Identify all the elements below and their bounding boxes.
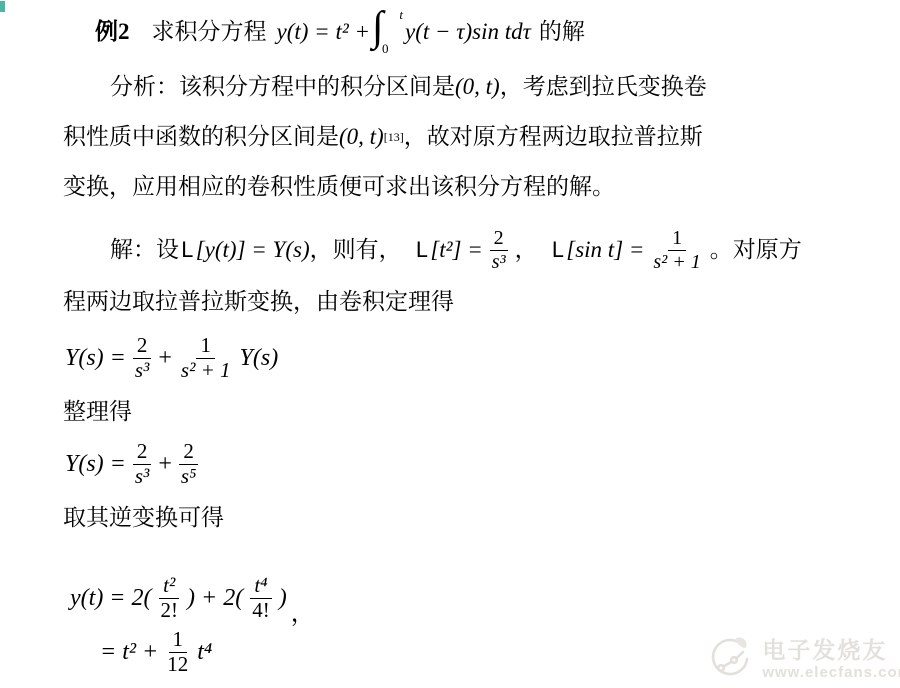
watermark: 电子发烧友 www.elecfans.com — [706, 634, 900, 684]
fraction-t2-transform: 2 s³ — [488, 227, 510, 273]
example-heading: 例2 求积分方程 y(t) = t² + ∫ t 0 y(t − τ)sin t… — [95, 8, 585, 56]
solution-line-2: 程两边取拉普拉斯变换，由卷积定理得 — [63, 287, 454, 317]
fraction-numerator: t⁴ — [250, 574, 271, 599]
eq1-fraction-1: 2 s³ — [131, 334, 153, 382]
fraction-numerator: 1 — [196, 334, 215, 359]
eq3b-tail: t⁴ — [197, 637, 212, 667]
analysis-line-1: 分析：该积分方程中的积分区间是 (0, t) ，考虑到拉氏变换卷 — [110, 72, 707, 102]
laplace-operator-3: L — [552, 235, 564, 265]
fraction-numerator: 2 — [133, 440, 152, 465]
solution-math-1: [y(t)] = Y(s) — [196, 235, 310, 265]
analysis-text-1a: 分析：该积分方程中的积分区间是 — [110, 72, 455, 102]
eq3b-lhs: = t² + — [100, 637, 158, 667]
equation-integrand: y(t − τ)sin tdτ — [405, 17, 531, 47]
eq2-fraction-2: 2 s⁵ — [177, 440, 200, 488]
eq3-close-paren: ) — [279, 583, 287, 613]
inverse-label: 取其逆变换可得 — [63, 503, 224, 533]
equation-lhs: y(t) = t² + — [277, 17, 371, 47]
arrange-text: 整理得 — [63, 397, 132, 427]
analysis-text-2b: ，故对原方程两边取拉普拉斯 — [404, 122, 703, 152]
integral-upper-limit: t — [399, 8, 403, 21]
arrange-label: 整理得 — [63, 397, 132, 427]
watermark-brand: 电子发烧友 — [762, 638, 900, 664]
fraction-denominator: 12 — [163, 653, 192, 677]
eq1-plus-operator: + — [158, 343, 172, 373]
example-lead-text: 求积分方程 — [152, 17, 267, 47]
eq2-fraction-1: 2 s³ — [131, 440, 153, 488]
fraction-numerator: 2 — [179, 440, 198, 465]
fraction-numerator: 1 — [668, 227, 686, 250]
fraction-numerator: 1 — [169, 628, 188, 653]
solution-sep-2: ， — [515, 235, 538, 265]
solution-text-2: 程两边取拉普拉斯变换，由卷积定理得 — [63, 287, 454, 317]
fraction-numerator: t² — [159, 574, 179, 599]
eq3-fraction-2: t⁴ 4! — [248, 574, 274, 622]
integral-icon: ∫ t 0 — [372, 8, 403, 56]
eq3-comma: ， — [291, 599, 315, 629]
solution-sep-1: ，则有， — [310, 235, 402, 265]
analysis-line-3: 变换，应用相应的卷积性质便可求出该积分方程的解。 — [63, 172, 615, 202]
laplace-operator-1: L — [181, 235, 193, 265]
analysis-text-3: 变换，应用相应的卷积性质便可求出该积分方程的解。 — [63, 172, 615, 202]
eq1-lhs: Y(s) = — [65, 343, 126, 373]
fraction-denominator: 2! — [157, 599, 183, 623]
watermark-text: 电子发烧友 www.elecfans.com — [762, 638, 900, 681]
example-label: 例2 — [95, 17, 130, 47]
interval-math-1: (0, t) — [455, 72, 500, 102]
fraction-numerator: 2 — [490, 227, 508, 250]
solution-tail-text: 。对原方 — [710, 235, 802, 265]
elecfans-logo-icon — [706, 634, 756, 684]
fraction-denominator: 4! — [248, 599, 274, 623]
equation-3-line-2: = t² + 1 12 t⁴ — [100, 624, 212, 680]
solution-lead-text: 解：设 — [110, 235, 179, 265]
fraction-denominator: s³ — [131, 359, 153, 383]
fraction-denominator: s³ — [131, 465, 153, 489]
equation-2: Y(s) = 2 s³ + 2 s⁵ — [65, 436, 205, 492]
fraction-denominator: s² + 1 — [177, 359, 235, 383]
integral-lower-limit: 0 — [382, 42, 389, 55]
eq1-rhs: Y(s) — [240, 343, 279, 373]
eq3-lhs: y(t) = 2( — [70, 583, 152, 613]
solution-math-2: [t²] = — [430, 235, 482, 265]
fraction-sin-transform: 1 s² + 1 — [649, 227, 704, 273]
fraction-denominator: s³ — [488, 251, 510, 273]
eq3b-fraction: 1 12 — [163, 628, 192, 676]
eq2-plus-operator: + — [158, 449, 172, 479]
watermark-url: www.elecfans.com — [762, 664, 900, 681]
corner-artifact-icon — [0, 1, 5, 12]
analysis-line-2: 积性质中函数的积分区间是 (0, t) [13] ，故对原方程两边取拉普拉斯 — [63, 122, 703, 152]
document-page: 例2 求积分方程 y(t) = t² + ∫ t 0 y(t − τ)sin t… — [0, 0, 900, 688]
interval-math-2: (0, t) — [339, 122, 384, 152]
inverse-text: 取其逆变换可得 — [63, 503, 224, 533]
example-tail-text: 的解 — [539, 17, 585, 47]
eq3-fraction-1: t² 2! — [157, 574, 183, 622]
eq1-fraction-2: 1 s² + 1 — [177, 334, 235, 382]
laplace-operator-2: L — [416, 235, 428, 265]
equation-1: Y(s) = 2 s³ + 1 s² + 1 Y(s) — [65, 330, 278, 386]
fraction-denominator: s⁵ — [177, 465, 200, 489]
analysis-text-2a: 积性质中函数的积分区间是 — [63, 122, 339, 152]
solution-line-1: 解：设 L [y(t)] = Y(s) ，则有， L [t²] = 2 s³ ，… — [110, 220, 802, 280]
fraction-denominator: s² + 1 — [649, 251, 704, 273]
fraction-numerator: 2 — [133, 334, 152, 359]
solution-math-3: [sin t] = — [566, 235, 644, 265]
analysis-text-1b: ，考虑到拉氏变换卷 — [500, 72, 707, 102]
eq2-lhs: Y(s) = — [65, 449, 126, 479]
eq3-mid: ) + 2( — [187, 583, 243, 613]
